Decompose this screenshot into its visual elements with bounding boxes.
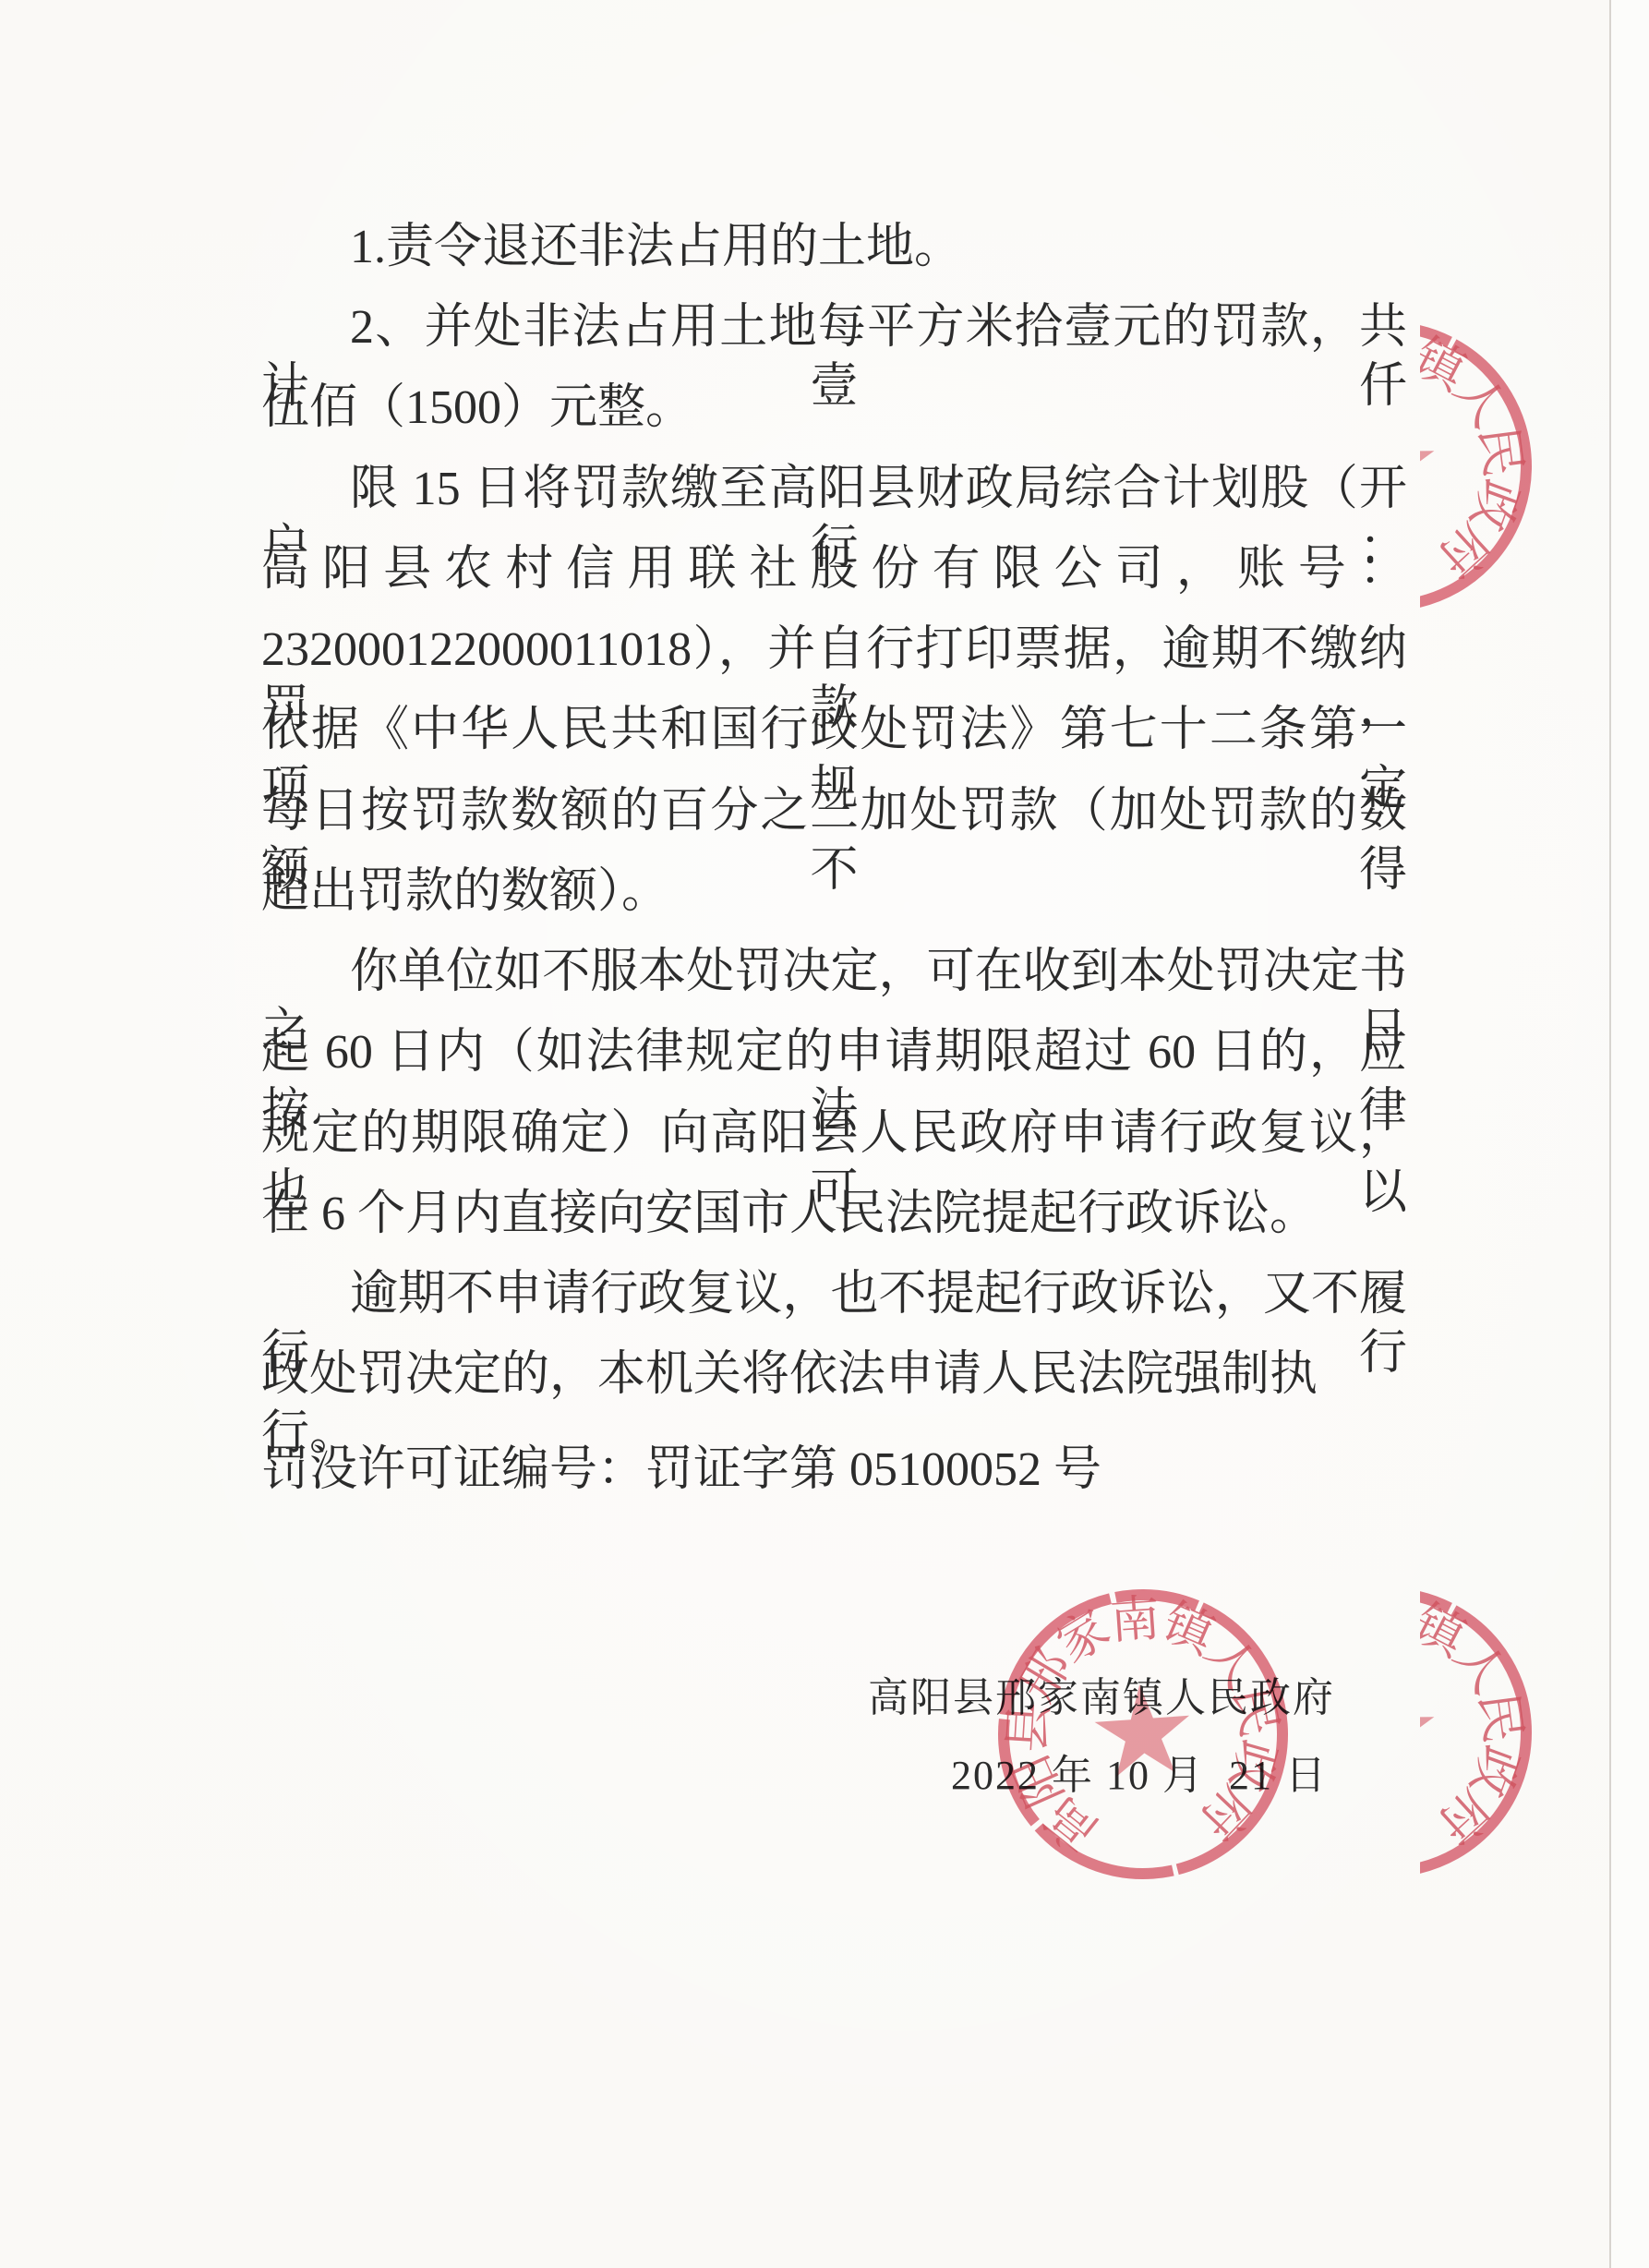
svg-text:民: 民 [1470, 423, 1532, 479]
partial-seal-top-right: 高阳县邢家南镇人民政府 [1230, 309, 1544, 623]
svg-text:南: 南 [1362, 1590, 1412, 1646]
scanned-document-page: 1.责令退还非法占用的土地。 2、并处非法占用土地每平方米拾壹元的罚款，共计壹仟… [0, 0, 1649, 2268]
body-line: 超出罚款的数额）。 [261, 863, 1407, 922]
partial-seal-bottom-right: 高阳县邢家南镇人民政府 [1230, 1575, 1544, 1889]
scan-background-strip [1611, 0, 1649, 2268]
svg-text:县: 县 [1000, 1701, 1058, 1755]
body-line: 在 6 个月内直接向安国市人民法院提起行政诉讼。 [261, 1185, 1407, 1244]
seal-star-icon [1092, 1682, 1193, 1779]
svg-text:阳: 阳 [1245, 473, 1314, 538]
svg-text:县: 县 [1243, 423, 1305, 479]
body-line: 1.责令退还非法占用的土地。 [261, 218, 1407, 277]
svg-text:邢: 邢 [1256, 365, 1330, 438]
svg-text:家: 家 [1299, 1595, 1369, 1667]
seal-star-icon [1340, 416, 1435, 507]
svg-text:高: 高 [1272, 1779, 1346, 1854]
svg-text:南: 南 [1362, 324, 1412, 380]
svg-text:邢: 邢 [1256, 1631, 1330, 1704]
svg-text:阳: 阳 [1245, 1739, 1314, 1804]
svg-text:民: 民 [1470, 1689, 1532, 1745]
paper-edge-line [1609, 0, 1611, 2268]
seal-star-icon [1340, 1683, 1435, 1773]
svg-text:南: 南 [1108, 1590, 1162, 1649]
svg-text:高: 高 [1272, 513, 1346, 588]
svg-text:家: 家 [1299, 329, 1369, 401]
svg-text:县: 县 [1243, 1689, 1305, 1745]
permit-number-line: 罚没许可证编号：罚证字第 05100052 号 [261, 1441, 1407, 1500]
